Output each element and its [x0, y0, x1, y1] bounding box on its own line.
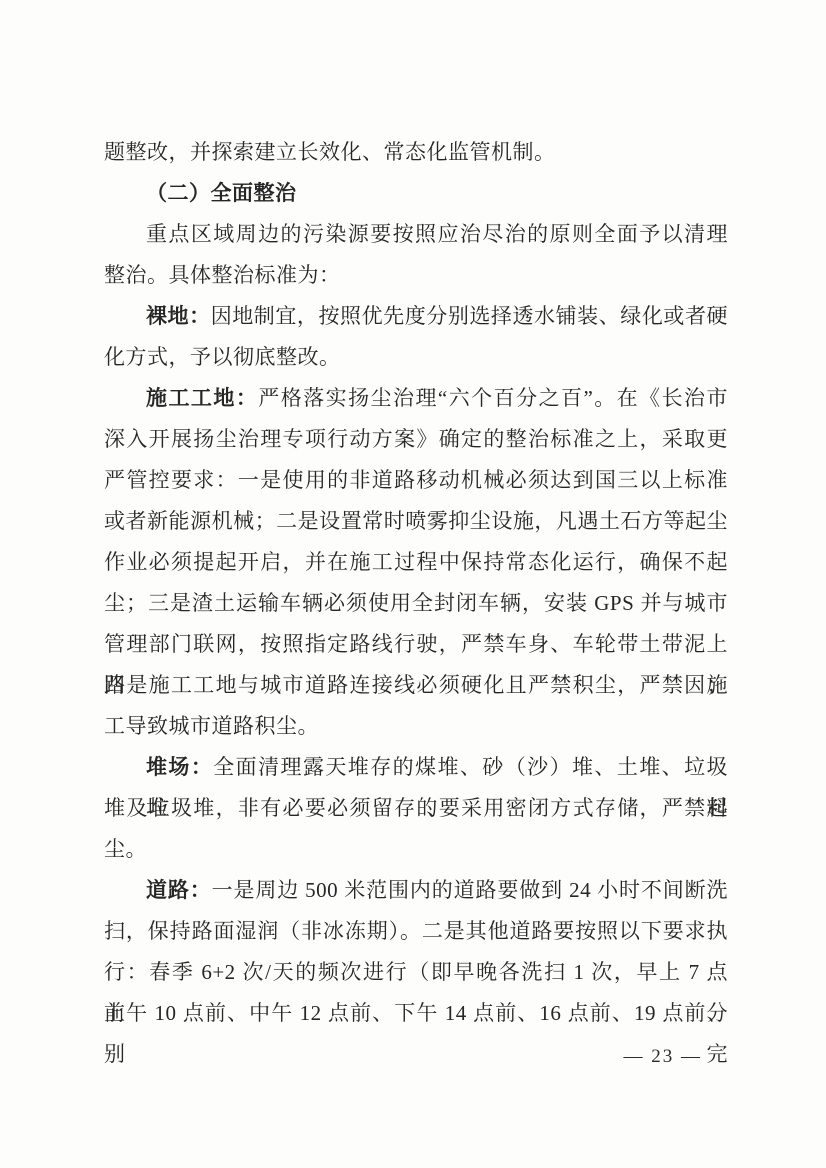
line-text: 深入开展扬尘治理专项行动方案》确定的整治标准之上，采取更	[104, 427, 728, 451]
line-text: 扫，保持路面湿润（非冰冻期）。二是其他道路要按照以下要求执	[104, 919, 728, 943]
page-number: — 23 —	[624, 1046, 703, 1068]
line-text: 因地制宜，按照优先度分别选择透水铺装、绿化或者硬	[211, 304, 728, 328]
line-lead-term: 施工工地：	[146, 386, 258, 410]
text-line: 施工工地：严格落实扬尘治理“六个百分之百”。在《长治市	[104, 378, 728, 419]
text-line: 四是施工工地与城市道路连接线必须硬化且严禁积尘，严禁因施	[104, 665, 728, 706]
line-text: 整治。具体整治标准为：	[104, 263, 341, 287]
line-text: 或者新能源机械；二是设置常时喷雾抑尘设施，凡遇土石方等起尘	[104, 509, 728, 533]
text-line: 尘。	[104, 829, 728, 870]
line-text: 堆及垃圾堆，非有必要必须留存的要采用密闭方式存储，严禁起	[104, 796, 728, 820]
line-text: 尘。	[104, 837, 147, 861]
text-line: 工导致城市道路积尘。	[104, 706, 728, 747]
text-line: 堆场：全面清理露天堆存的煤堆、砂（沙）堆、土堆、垃圾堆、料	[104, 747, 728, 788]
text-line: 深入开展扬尘治理专项行动方案》确定的整治标准之上，采取更	[104, 419, 728, 460]
text-line: （二）全面整治	[104, 173, 728, 214]
text-line: 重点区域周边的污染源要按照应治尽治的原则全面予以清理	[104, 214, 728, 255]
text-line: 作业必须提起开启，并在施工过程中保持常态化运行，确保不起	[104, 542, 728, 583]
text-line: 尘；三是渣土运输车辆必须使用全封闭车辆，安装 GPS 并与城市	[104, 583, 728, 624]
line-text: 四是施工工地与城市道路连接线必须硬化且严禁积尘，严禁因施	[104, 673, 728, 697]
text-line: 堆及垃圾堆，非有必要必须留存的要采用密闭方式存储，严禁起	[104, 788, 728, 829]
text-line: 道路：一是周边 500 米范围内的道路要做到 24 小时不间断洗	[104, 870, 728, 911]
line-text: 严管控要求：一是使用的非道路移动机械必须达到国三以上标准	[104, 468, 728, 492]
line-text: 化方式，予以彻底整改。	[104, 345, 341, 369]
text-line: 裸地：因地制宜，按照优先度分别选择透水铺装、绿化或者硬	[104, 296, 728, 337]
line-text: 尘；三是渣土运输车辆必须使用全封闭车辆，安装 GPS 并与城市	[104, 591, 728, 615]
line-lead-term: 堆场：	[146, 755, 213, 779]
line-text: （二）全面整治	[146, 181, 297, 205]
scanned-document-page: 题整改，并探索建立长效化、常态化监管机制。（二）全面整治重点区域周边的污染源要按…	[0, 0, 826, 1168]
text-line: 扫，保持路面湿润（非冰冻期）。二是其他道路要按照以下要求执	[104, 911, 728, 952]
line-text: 作业必须提起开启，并在施工过程中保持常态化运行，确保不起	[104, 550, 728, 574]
text-line: 整治。具体整治标准为：	[104, 255, 728, 296]
line-text: 严格落实扬尘治理“六个百分之百”。在《长治市	[258, 386, 728, 410]
line-lead-term: 裸地：	[146, 304, 211, 328]
text-line: 行：春季 6+2 次/天的频次进行（即早晚各洗扫 1 次，早上 7 点前、	[104, 952, 728, 993]
line-text: 工导致城市道路积尘。	[104, 714, 319, 738]
line-text: 一是周边 500 米范围内的道路要做到 24 小时不间断洗	[212, 878, 728, 902]
text-line: 或者新能源机械；二是设置常时喷雾抑尘设施，凡遇土石方等起尘	[104, 501, 728, 542]
text-line: 化方式，予以彻底整改。	[104, 337, 728, 378]
text-body: 题整改，并探索建立长效化、常态化监管机制。（二）全面整治重点区域周边的污染源要按…	[104, 132, 728, 1034]
text-line: 严管控要求：一是使用的非道路移动机械必须达到国三以上标准	[104, 460, 728, 501]
line-lead-term: 道路：	[146, 878, 212, 902]
line-text: 重点区域周边的污染源要按照应治尽治的原则全面予以清理	[146, 222, 728, 246]
line-text: 题整改，并探索建立长效化、常态化监管机制。	[104, 140, 556, 164]
text-line: 管理部门联网，按照指定路线行驶，严禁车身、车轮带土带泥上路；	[104, 624, 728, 665]
text-line: 题整改，并探索建立长效化、常态化监管机制。	[104, 132, 728, 173]
text-line: 上午 10 点前、中午 12 点前、下午 14 点前、16 点前、19 点前分别…	[104, 993, 728, 1034]
